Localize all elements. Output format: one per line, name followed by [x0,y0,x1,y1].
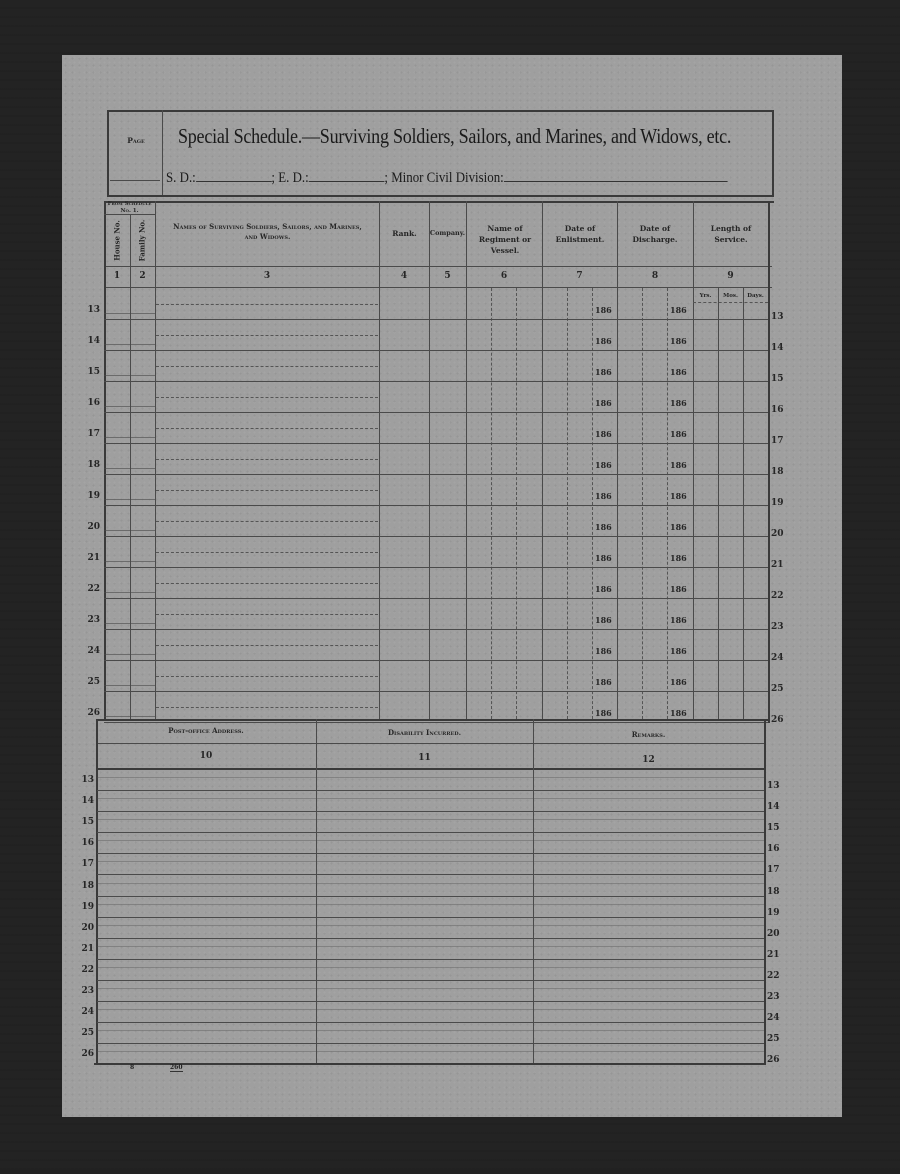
footer-mark-left: 8 [130,1064,134,1071]
row-number-right: 17 [771,436,784,446]
row-number-left: 16 [76,398,100,408]
discharge-year-prefix: 186 [670,367,687,377]
discharge-year-prefix: 186 [670,429,687,439]
form-title: Special Schedule.—Surviving Soldiers, Sa… [178,124,731,149]
row-number-left: 15 [70,817,94,827]
row-number-right: 20 [771,529,784,539]
ed-field[interactable] [309,181,385,182]
col-10-header: Post-office Address. [96,726,316,736]
ed-label: ; E. D.: [271,170,308,186]
row-number-right: 14 [771,343,784,353]
discharge-year-prefix: 186 [670,646,687,656]
row-number-left: 24 [70,1007,94,1017]
col-10-number: 10 [96,751,316,761]
row-number-right: 26 [771,715,784,725]
row-number-left: 20 [76,522,100,532]
enlistment-year-prefix: 186 [595,708,612,718]
enlistment-year-prefix: 186 [595,305,612,315]
sd-field[interactable] [196,181,272,182]
mcd-label: ; Minor Civil Division: [384,170,503,186]
row-number-right: 22 [767,971,780,981]
row-number-right: 15 [767,823,780,833]
row-number-left: 18 [70,881,94,891]
discharge-year-prefix: 186 [670,553,687,563]
row-number-right: 15 [771,374,784,384]
discharge-year-prefix: 186 [670,522,687,532]
col-3-number: 3 [155,271,379,281]
row-number-left: 19 [76,491,100,501]
col-11-number: 11 [316,753,533,763]
row-number-right: 18 [771,467,784,477]
row-number-right: 19 [771,498,784,508]
row-number-right: 21 [767,950,780,960]
discharge-year-prefix: 186 [670,398,687,408]
row-number-left: 18 [76,460,100,470]
row-number-right: 25 [771,684,784,694]
row-number-right: 17 [767,865,780,875]
row-number-right: 24 [771,653,784,663]
service-years-header: Yrs. [693,291,718,302]
row-number-left: 21 [76,553,100,563]
col-5-number: 5 [429,271,466,281]
col-2-header: Family No. [138,218,147,264]
discharge-year-prefix: 186 [670,305,687,315]
row-number-left: 19 [70,902,94,912]
row-number-right: 18 [767,887,780,897]
row-number-right: 16 [767,844,780,854]
row-number-left: 17 [76,429,100,439]
row-number-left: 26 [76,708,100,718]
col-1-number: 1 [104,271,130,281]
row-number-right: 16 [771,405,784,415]
enlistment-year-prefix: 186 [595,460,612,470]
group-header-schedule-1: From Schedule No. 1. [104,201,155,215]
row-number-left: 15 [76,367,100,377]
discharge-year-prefix: 186 [670,491,687,501]
enlistment-year-prefix: 186 [595,398,612,408]
row-number-left: 13 [70,775,94,785]
service-months-header: Mos. [718,291,743,302]
row-number-left: 20 [70,923,94,933]
enlistment-year-prefix: 186 [595,615,612,625]
row-number-right: 13 [771,312,784,322]
row-number-left: 14 [70,796,94,806]
col-1-header: House No. [113,218,122,264]
col-5-header: Company. [429,228,466,239]
row-number-left: 23 [70,986,94,996]
col-9-number: 9 [693,271,768,281]
col-12-number: 12 [533,755,764,765]
row-number-right: 26 [767,1055,780,1065]
row-number-left: 25 [70,1028,94,1038]
row-number-left: 26 [70,1049,94,1059]
enlistment-year-prefix: 186 [595,584,612,594]
page-label: Page [115,136,157,146]
col-12-header: Remarks. [533,730,764,740]
enlistment-year-prefix: 186 [595,336,612,346]
row-number-left: 16 [70,838,94,848]
col-8-number: 8 [617,271,693,281]
discharge-year-prefix: 186 [670,460,687,470]
col-7-number: 7 [542,271,617,281]
footer-mark-right: 260 [170,1064,183,1072]
census-form-sheet [62,55,842,1117]
row-number-left: 23 [76,615,100,625]
row-number-right: 23 [771,622,784,632]
col-6-header: Name of Regiment or Vessel. [468,223,542,256]
row-number-right: 23 [767,992,780,1002]
col-7-header: Date of Enlistment. [550,223,610,245]
row-number-right: 20 [767,929,780,939]
row-number-left: 24 [76,646,100,656]
row-number-right: 21 [771,560,784,570]
row-number-right: 22 [771,591,784,601]
row-number-right: 14 [767,802,780,812]
row-number-left: 22 [76,584,100,594]
enlistment-year-prefix: 186 [595,522,612,532]
col-3-header: Names of Surviving Soldiers, Sailors, an… [170,222,365,242]
row-number-right: 25 [767,1034,780,1044]
discharge-year-prefix: 186 [670,584,687,594]
row-number-left: 13 [76,305,100,315]
row-number-left: 14 [76,336,100,346]
col-4-header: Rank. [380,228,429,239]
row-number-right: 19 [767,908,780,918]
col-2-number: 2 [130,271,155,281]
enlistment-year-prefix: 186 [595,429,612,439]
mcd-field[interactable] [504,181,728,182]
col-11-header: Disability Incurred. [316,728,533,738]
enlistment-year-prefix: 186 [595,367,612,377]
location-fields: S. D.:; E. D.:; Minor Civil Division: [166,170,727,187]
col-9-header: Length of Service. [700,223,762,245]
discharge-year-prefix: 186 [670,615,687,625]
col-8-header: Date of Discharge. [625,223,685,245]
col-6-number: 6 [466,271,542,281]
row-number-right: 13 [767,781,780,791]
discharge-year-prefix: 186 [670,708,687,718]
row-number-left: 22 [70,965,94,975]
row-number-left: 17 [70,859,94,869]
row-number-left: 25 [76,677,100,687]
enlistment-year-prefix: 186 [595,646,612,656]
row-number-left: 21 [70,944,94,954]
sd-label: S. D.: [166,170,196,186]
discharge-year-prefix: 186 [670,336,687,346]
row-number-right: 24 [767,1013,780,1023]
col-4-number: 4 [379,271,429,281]
service-days-header: Days. [743,291,768,302]
enlistment-year-prefix: 186 [595,677,612,687]
discharge-year-prefix: 186 [670,677,687,687]
enlistment-year-prefix: 186 [595,491,612,501]
enlistment-year-prefix: 186 [595,553,612,563]
